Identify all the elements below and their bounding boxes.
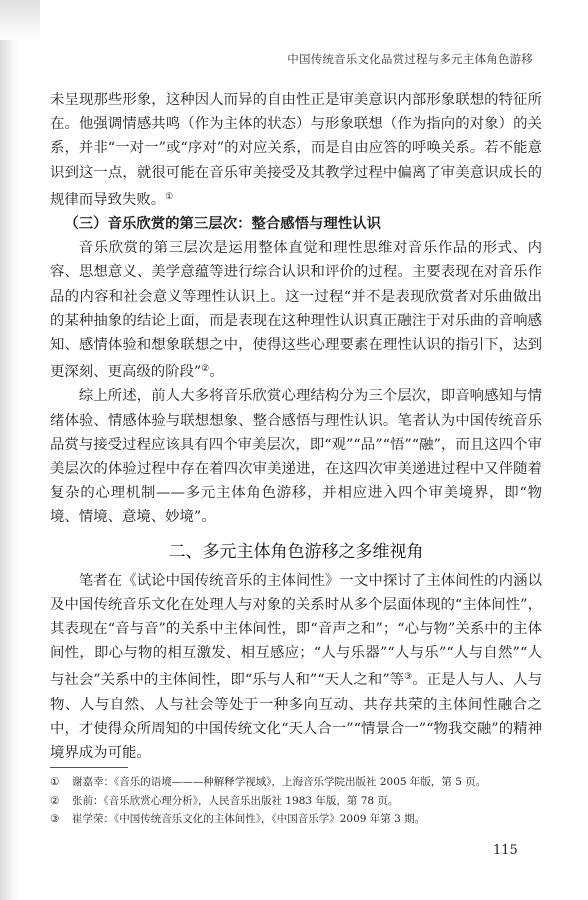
- footnote-text: 张前：《音乐欣赏心理分析》，人民音乐出版社 1983 年版，第 78 页。: [72, 792, 398, 811]
- paragraph-2-text: 音乐欣赏的第三层次是运用整体直觉和理性思维对音乐作品的形式、内容、思想意义、美学…: [50, 240, 542, 380]
- footnote-mark: ③: [50, 810, 72, 829]
- paragraph-2-end: 。: [209, 364, 223, 380]
- footnote-ref-1[interactable]: ①: [165, 192, 173, 202]
- paragraph-1: 未呈现那些形象，这种因人而异的自由性正是审美意识内部形象联想的特征所在。他强调情…: [50, 88, 542, 212]
- body-text: 未呈现那些形象，这种因人而异的自由性正是审美意识内部形象联想的特征所在。他强调情…: [50, 88, 542, 765]
- scan-shadow-top: [0, 0, 40, 40]
- paragraph-2: 音乐欣赏的第三层次是运用整体直觉和理性思维对音乐作品的形式、内容、思想意义、美学…: [50, 236, 542, 384]
- footnote-mark: ②: [50, 792, 72, 811]
- scan-shadow-left: [0, 0, 18, 900]
- paragraph-3: 综上所述，前人大多将音乐欣赏心理结构分为三个层次，即音响感知与情绪体验、情感体验…: [50, 384, 542, 529]
- footnotes: ① 谢嘉幸：《音乐的语境———种解释学视域》，上海音乐学院出版社 2005 年版…: [50, 773, 550, 829]
- page-number: 115: [493, 843, 518, 858]
- paragraph-1-text: 未呈现那些形象，这种因人而异的自由性正是审美意识内部形象联想的特征所在。他强调情…: [50, 92, 542, 208]
- footnote-3: ③ 崔学荣：《中国传统音乐文化的主体间性》，《中国音乐学》2009 年第 3 期…: [50, 810, 550, 829]
- footnote-2: ② 张前：《音乐欣赏心理分析》，人民音乐出版社 1983 年版，第 78 页。: [50, 792, 550, 811]
- footnote-divider: [50, 767, 128, 768]
- footnote-mark: ①: [50, 773, 72, 792]
- section-title: 二、多元主体角色游移之多维视角: [50, 539, 542, 565]
- footnote-1: ① 谢嘉幸：《音乐的语境———种解释学视域》，上海音乐学院出版社 2005 年版…: [50, 773, 550, 792]
- running-head: 中国传统音乐文化品赏过程与多元主体角色游移: [287, 51, 533, 67]
- subheading-level-3: （三）音乐欣赏的第三层次：整合感悟与理性认识: [50, 212, 542, 236]
- footnote-text: 谢嘉幸：《音乐的语境———种解释学视域》，上海音乐学院出版社 2005 年版，第…: [72, 773, 486, 792]
- paragraph-4: 笔者在《试论中国传统音乐的主体间性》一文中探讨了主体间性的内涵以及中国传统音乐文…: [50, 569, 542, 766]
- footnote-text: 崔学荣：《中国传统音乐文化的主体间性》，《中国音乐学》2009 年第 3 期。: [72, 810, 425, 829]
